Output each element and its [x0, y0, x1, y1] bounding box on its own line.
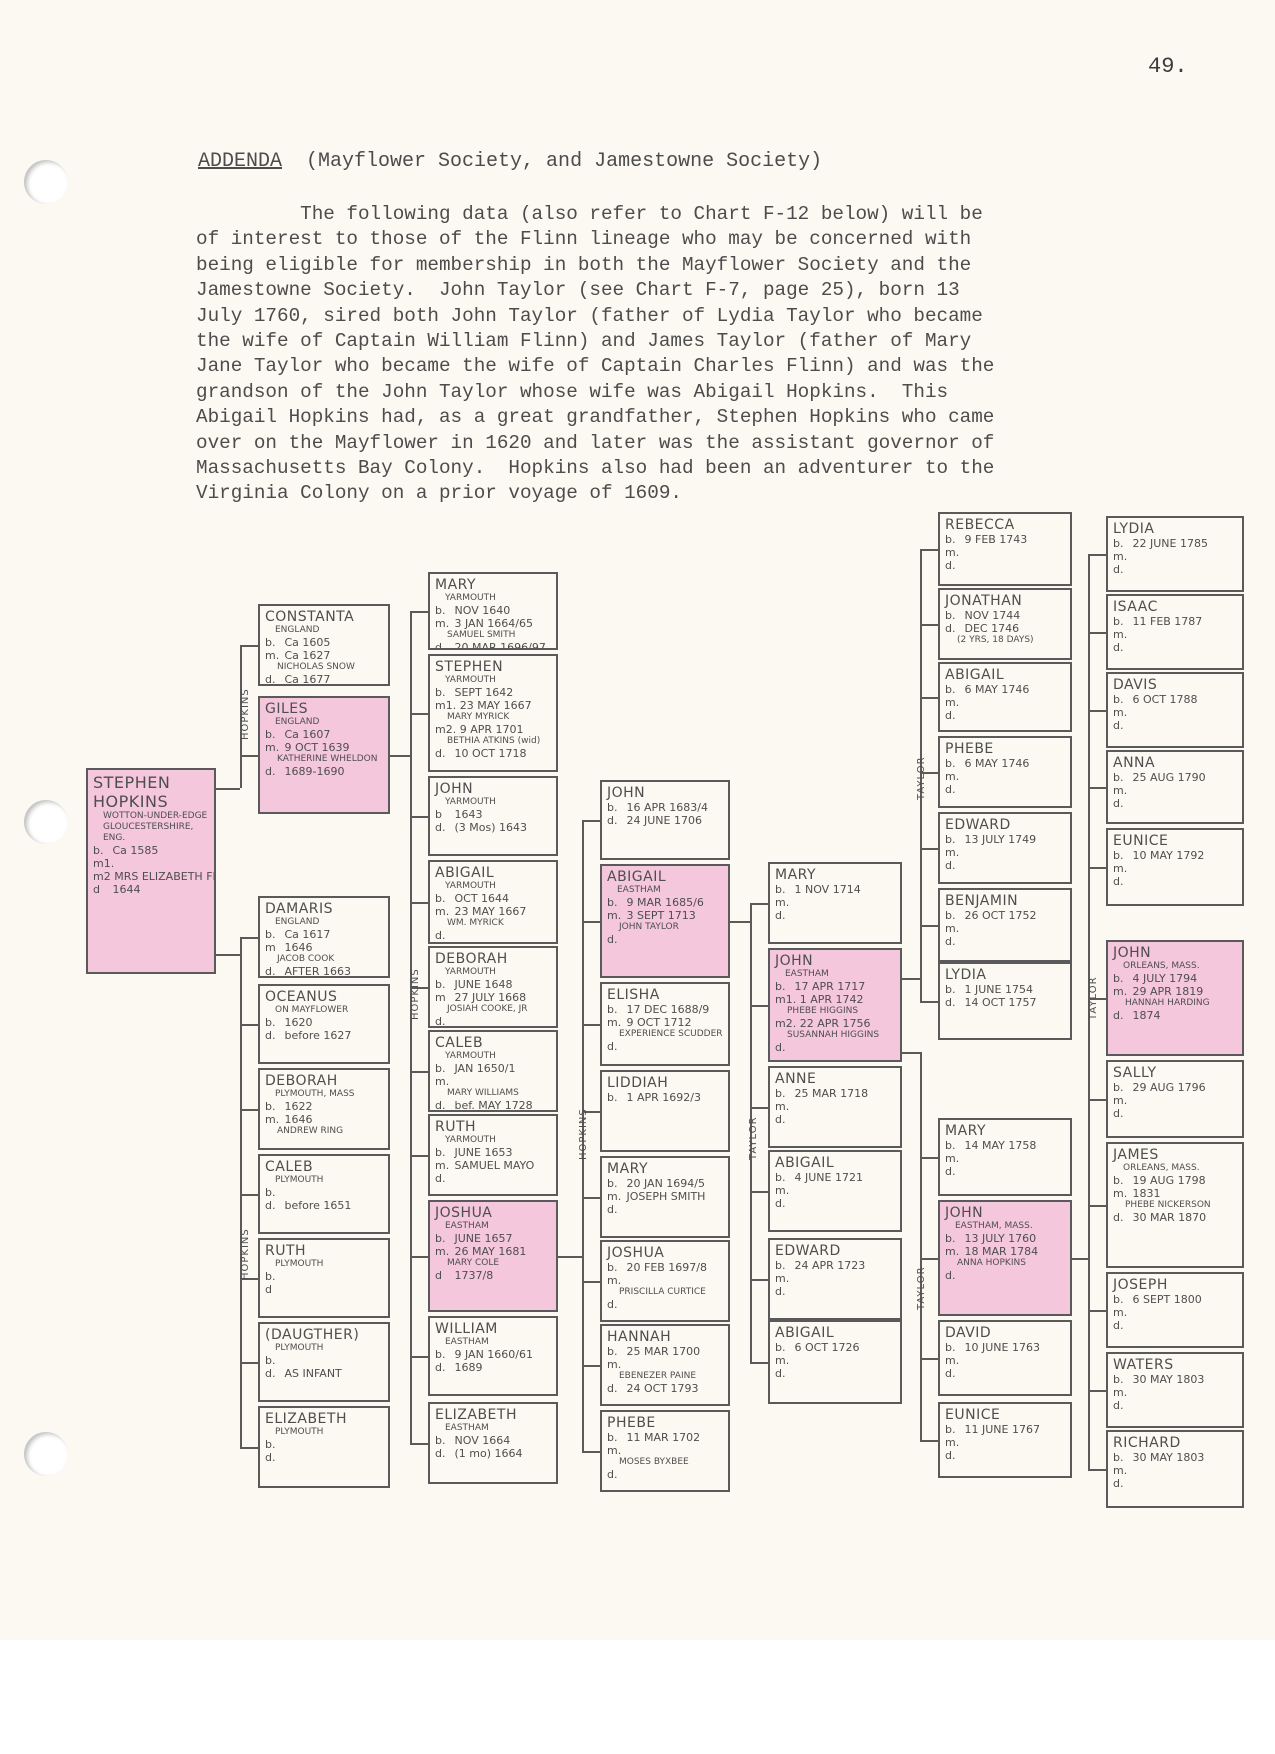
connector-line	[750, 1191, 768, 1193]
person-spouse-or-note: JACOB COOK	[277, 954, 383, 965]
event-label: d	[265, 1283, 281, 1296]
person-name: JOHN	[945, 1205, 1065, 1221]
person-event-row: b. 10 MAY 1792	[1113, 849, 1237, 862]
event-value: 16 APR 1683/4	[623, 801, 708, 814]
person-event-row: d.	[1113, 1107, 1237, 1120]
person-name: WATERS	[1113, 1357, 1237, 1373]
person-name: JAMES	[1113, 1147, 1237, 1163]
event-value: before 1627	[281, 1029, 351, 1042]
person-birthplace: EASTHAM	[617, 885, 723, 896]
person-event-row: b. Ca 1605	[265, 636, 383, 649]
event-label: m2.	[775, 1017, 796, 1030]
event-label: d.	[607, 1040, 623, 1053]
person-event-row: b. JUNE 1657	[435, 1232, 551, 1245]
event-label: m	[265, 941, 281, 954]
person-box-joshua: JOSHUAb. 20 FEB 1697/8m. PRISCILLA CURTI…	[600, 1240, 730, 1322]
event-label: b.	[435, 604, 451, 617]
event-label: b.	[945, 683, 961, 696]
surname-label: HOPKINS	[410, 968, 421, 1020]
person-name: ELISHA	[607, 987, 723, 1003]
person-event-row: d. before 1651	[265, 1199, 383, 1212]
person-spouse-or-note: HANNAH HARDING	[1125, 998, 1237, 1009]
event-value: 9 APR 1701	[456, 723, 523, 736]
person-birthplace: YARMOUTH	[445, 675, 551, 686]
person-birthplace: YARMOUTH	[445, 593, 551, 604]
event-value: 1 JUNE 1754	[961, 983, 1033, 996]
person-event-row: d. DEC 1746	[945, 622, 1065, 635]
event-value: 30 MAY 1803	[1129, 1373, 1204, 1386]
event-label: d.	[945, 783, 961, 796]
event-label: b.	[265, 1438, 281, 1451]
event-label: m.	[435, 617, 451, 630]
person-birthplace: YARMOUTH	[445, 881, 551, 892]
person-event-row: m2. 22 APR 1756	[775, 1017, 895, 1030]
event-label: b.	[607, 1177, 623, 1190]
person-event-row: d.	[1113, 1477, 1237, 1490]
person-box-caleb: CALEBPLYMOUTHb. d. before 1651	[258, 1154, 390, 1234]
person-spouse-or-note: MARY MYRICK	[447, 712, 551, 723]
connector-line	[240, 755, 258, 757]
event-label: m	[435, 991, 451, 1004]
event-label: d.	[945, 1367, 961, 1380]
person-event-row: d.	[607, 933, 723, 946]
person-event-row: d.	[945, 783, 1065, 796]
page-bottom-margin	[0, 1640, 1275, 1754]
person-event-row: d.	[775, 1285, 895, 1298]
event-label: m.	[435, 1075, 451, 1088]
person-name: (DAUGTHER)	[265, 1327, 383, 1343]
person-event-row: d.	[945, 1269, 1065, 1282]
person-event-row: b. Ca 1585	[93, 844, 209, 857]
event-label: m.	[1113, 1094, 1129, 1107]
person-event-row: m. 9 OCT 1712	[607, 1016, 723, 1029]
person-event-row: m.	[945, 846, 1065, 859]
person-birthplace: PLYMOUTH, MASS	[275, 1089, 383, 1100]
event-label: d.	[1113, 875, 1129, 888]
person-birthplace: EASTHAM, MASS.	[955, 1221, 1065, 1232]
event-label: b.	[607, 1091, 623, 1104]
event-label: b.	[945, 533, 961, 546]
person-spouse-or-note: KATHERINE WHELDON	[277, 754, 383, 765]
connector-line	[920, 624, 938, 626]
person-event-row: b. 6 OCT 1788	[1113, 693, 1237, 706]
person-box-mary: MARYYARMOUTHb. NOV 1640m. 3 JAN 1664/65S…	[428, 572, 558, 650]
connector-line	[902, 978, 920, 980]
person-event-row: b. NOV 1640	[435, 604, 551, 617]
event-label: m.	[265, 649, 281, 662]
person-box-waters: WATERSb. 30 MAY 1803m. d.	[1106, 1352, 1244, 1428]
event-value: 1737/8	[451, 1269, 493, 1282]
event-value: 9 MAR 1685/6	[623, 896, 704, 909]
event-label: d.	[1113, 1399, 1129, 1412]
event-label: b.	[435, 686, 451, 699]
person-event-row: b. 10 JUNE 1763	[945, 1341, 1065, 1354]
person-box-caleb: CALEBYARMOUTHb. JAN 1650/1m. MARY WILLIA…	[428, 1030, 558, 1112]
person-box-abigail: ABIGAILb. 4 JUNE 1721m. d.	[768, 1150, 902, 1232]
event-value: 30 MAR 1870	[1129, 1211, 1206, 1224]
event-value: 29 AUG 1796	[1129, 1081, 1206, 1094]
person-box-mary: MARYb. 14 MAY 1758m. d.	[938, 1118, 1072, 1196]
person-box-james: JAMESORLEANS, MASS.b. 19 AUG 1798m. 1831…	[1106, 1142, 1244, 1268]
event-label: b.	[1113, 1174, 1129, 1187]
event-value: 22 APR 1756	[796, 1017, 870, 1030]
person-event-row: d. 1689	[435, 1361, 551, 1374]
event-label: b.	[945, 1232, 961, 1245]
person-event-row: m. 3 JAN 1664/65	[435, 617, 551, 630]
person-event-row: b. 24 APR 1723	[775, 1259, 895, 1272]
person-box-mary: MARYb. 20 JAN 1694/5m. JOSEPH SMITHd.	[600, 1156, 730, 1238]
connector-line	[920, 1440, 938, 1442]
event-value: 6 OCT 1726	[791, 1341, 860, 1354]
event-label: m.	[945, 1152, 961, 1165]
person-event-row: m.	[945, 1436, 1065, 1449]
event-label: d.	[945, 622, 961, 635]
event-label: b.	[265, 636, 281, 649]
person-event-row: d. 24 OCT 1793	[607, 1382, 723, 1395]
event-value: 27 JULY 1668	[451, 991, 526, 1004]
event-label: d.	[607, 1468, 623, 1481]
connector-line	[1088, 1469, 1106, 1471]
connector-line	[410, 1155, 428, 1157]
person-event-row: b. 17 APR 1717	[775, 980, 895, 993]
event-value: NOV 1744	[961, 609, 1020, 622]
person-box-rebecca: REBECCAb. 9 FEB 1743m. d.	[938, 512, 1072, 586]
connector-line	[750, 1005, 768, 1007]
event-label: b.	[265, 928, 281, 941]
event-value: 25 MAR 1700	[623, 1345, 700, 1358]
person-box-richard: RICHARDb. 30 MAY 1803m. d.	[1106, 1430, 1244, 1508]
person-event-row: d. before 1627	[265, 1029, 383, 1042]
event-label: b.	[265, 1016, 281, 1029]
person-event-row: m. Ca 1627	[265, 649, 383, 662]
person-event-row: b. 4 JULY 1794	[1113, 972, 1237, 985]
person-event-row: m.	[607, 1274, 723, 1287]
person-birthplace: ORLEANS, MASS.	[1123, 961, 1237, 972]
person-box-jonathan: JONATHANb. NOV 1744d. DEC 1746(2 YRS, 18…	[938, 588, 1072, 660]
event-label: b.	[607, 896, 623, 909]
person-event-row: m.	[945, 1354, 1065, 1367]
event-value: 9 FEB 1743	[961, 533, 1027, 546]
person-spouse-or-note: (2 YRS, 18 DAYS)	[957, 635, 1065, 646]
person-name: LYDIA	[945, 967, 1065, 983]
event-label: b.	[607, 801, 623, 814]
event-value: (3 Mos) 1643	[451, 821, 527, 834]
person-event-row: d.	[775, 1041, 895, 1054]
person-event-row: m.	[945, 770, 1065, 783]
person-spouse-or-note: MOSES BYXBEE	[619, 1457, 723, 1468]
person-event-row: d.	[1113, 1319, 1237, 1332]
person-name: JOSHUA	[435, 1205, 551, 1221]
person-event-row: b. JUNE 1653	[435, 1146, 551, 1159]
event-label: m1.	[435, 699, 456, 712]
person-event-row: d.	[1113, 1399, 1237, 1412]
person-event-row: d.	[435, 1015, 551, 1028]
event-label: d.	[265, 1029, 281, 1042]
event-value: Ca 1617	[281, 928, 330, 941]
person-event-row: m.	[1113, 628, 1237, 641]
event-label: d.	[775, 1113, 791, 1126]
event-label: m.	[1113, 1306, 1129, 1319]
event-value: 4 JUNE 1721	[791, 1171, 863, 1184]
person-name: EUNICE	[1113, 833, 1237, 849]
person-name: JOSHUA	[607, 1245, 723, 1261]
event-value: 26 OCT 1752	[961, 909, 1037, 922]
event-label: b.	[435, 892, 451, 905]
event-value: AS INFANT	[281, 1367, 342, 1380]
event-label: m.	[1113, 862, 1129, 875]
surname-label: HOPKINS	[240, 688, 251, 740]
person-box-elisha: ELISHAb. 17 DEC 1688/9m. 9 OCT 1712EXPER…	[600, 982, 730, 1066]
connector-line	[216, 788, 240, 790]
person-event-row: m.	[607, 1444, 723, 1457]
person-name: JOHN	[775, 953, 895, 969]
event-label: m1.	[93, 857, 114, 870]
person-event-row: b. 20 JAN 1694/5	[607, 1177, 723, 1190]
person-name: ABIGAIL	[775, 1155, 895, 1171]
connector-line	[1088, 554, 1106, 556]
person-event-row: b. 16 APR 1683/4	[607, 801, 723, 814]
person-box-phebe: PHEBEb. 11 MAR 1702m. MOSES BYXBEEd.	[600, 1410, 730, 1492]
person-birthplace: WOTTON-UNDER-EDGE GLOUCESTERSHIRE, ENG.	[103, 811, 209, 844]
event-value: 23 MAY 1667	[451, 905, 526, 918]
person-name: STEPHEN HOPKINS	[93, 773, 209, 811]
person-event-row: m.	[1113, 706, 1237, 719]
person-event-row: d. bef. MAY 1728	[435, 1099, 551, 1112]
event-label: d.	[607, 1382, 623, 1395]
person-event-row: d.	[945, 709, 1065, 722]
person-birthplace: YARMOUTH	[445, 1051, 551, 1062]
person-spouse-or-note: SUSANNAH HIGGINS	[787, 1030, 895, 1041]
person-name: ISAAC	[1113, 599, 1237, 615]
event-value: 4 JULY 1794	[1129, 972, 1197, 985]
event-value: 10 OCT 1718	[451, 747, 527, 760]
event-label: m.	[775, 1100, 791, 1113]
event-label: d.	[265, 673, 281, 686]
connector-line	[240, 1447, 258, 1449]
person-name: JOHN	[1113, 945, 1237, 961]
connector-line	[920, 848, 938, 850]
person-event-row: d. AS INFANT	[265, 1367, 383, 1380]
event-label: b.	[265, 1186, 281, 1199]
event-label: d.	[435, 1447, 451, 1460]
person-event-row: b. 11 MAR 1702	[607, 1431, 723, 1444]
connector-line	[240, 755, 242, 788]
event-label: d.	[435, 641, 451, 650]
person-event-row: b. 13 JULY 1760	[945, 1232, 1065, 1245]
person-birthplace: EASTHAM	[445, 1221, 551, 1232]
person-birthplace: ON MAYFLOWER	[275, 1005, 383, 1016]
event-value: AFTER 1663	[281, 965, 351, 978]
event-value: 1622	[281, 1100, 313, 1113]
connector-line	[410, 611, 428, 613]
person-event-row: m.	[1113, 550, 1237, 563]
event-value: JOSEPH SMITH	[623, 1190, 705, 1203]
event-value: 6 MAY 1746	[961, 683, 1029, 696]
event-label: m2.	[435, 723, 456, 736]
person-box-john: JOHNYARMOUTHb 1643d. (3 Mos) 1643	[428, 776, 558, 856]
person-event-row: d. 1689-1690	[265, 765, 383, 778]
event-label: b.	[1113, 1293, 1129, 1306]
person-name: JONATHAN	[945, 593, 1065, 609]
event-label: d.	[945, 1165, 961, 1178]
person-event-row: b. 20 FEB 1697/8	[607, 1261, 723, 1274]
event-value: JAN 1650/1	[451, 1062, 516, 1075]
person-name: LIDDIAH	[607, 1075, 723, 1091]
person-event-row: b. NOV 1744	[945, 609, 1065, 622]
event-label: d.	[1113, 1211, 1129, 1224]
person-name: EUNICE	[945, 1407, 1065, 1423]
person-event-row: b. 30 MAY 1803	[1113, 1373, 1237, 1386]
event-value: MRS ELIZABETH FISHER	[111, 870, 216, 883]
person-event-row: d.	[775, 909, 895, 922]
connector-line	[240, 645, 258, 647]
event-label: b.	[435, 1062, 451, 1075]
event-value: 9 OCT 1639	[281, 741, 350, 754]
person-name: SALLY	[1113, 1065, 1237, 1081]
event-value: SEPT 1642	[451, 686, 513, 699]
event-label: d.	[775, 1197, 791, 1210]
person-birthplace: ORLEANS, MASS.	[1123, 1163, 1237, 1174]
event-label: d.	[1113, 1107, 1129, 1120]
person-event-row: d.	[607, 1040, 723, 1053]
connector-line	[582, 1451, 600, 1453]
event-label: b.	[607, 1261, 623, 1274]
event-label: b.	[265, 1354, 281, 1367]
connector-line	[1088, 867, 1106, 869]
event-label: d	[93, 883, 109, 896]
person-event-row: b 1643	[435, 808, 551, 821]
event-value: 13 JULY 1760	[961, 1232, 1036, 1245]
person-box-mary: MARYb. 1 NOV 1714m. d.	[768, 862, 902, 944]
event-label: b.	[945, 757, 961, 770]
person-box-phebe: PHEBEb. 6 MAY 1746m. d.	[938, 736, 1072, 808]
event-label: d.	[1113, 797, 1129, 810]
person-event-row: m.	[775, 1272, 895, 1285]
person-name: ELIZABETH	[435, 1407, 551, 1423]
event-label: m.	[945, 922, 961, 935]
surname-label: TAYLOR	[916, 756, 927, 800]
person-event-row: b. 29 AUG 1796	[1113, 1081, 1237, 1094]
person-event-row: m.	[775, 896, 895, 909]
person-event-row: b. Ca 1607	[265, 728, 383, 741]
event-label: d.	[1113, 1319, 1129, 1332]
person-event-row: d.	[1113, 719, 1237, 732]
person-event-row: m.	[1113, 862, 1237, 875]
person-event-row: d.	[435, 929, 551, 942]
event-label: b.	[1113, 1451, 1129, 1464]
person-name: ANNE	[775, 1071, 895, 1087]
person-event-row: b. 6 SEPT 1800	[1113, 1293, 1237, 1306]
event-label: m1.	[775, 993, 796, 1006]
event-label: b.	[435, 978, 451, 991]
person-event-row: m. 26 MAY 1681	[435, 1245, 551, 1258]
person-event-row: b. Ca 1617	[265, 928, 383, 941]
person-event-row: d. 20 MAR 1696/97	[435, 641, 551, 650]
person-name: ABIGAIL	[607, 869, 723, 885]
event-label: b.	[1113, 771, 1129, 784]
person-event-row: b. 11 FEB 1787	[1113, 615, 1237, 628]
person-event-row: b. 11 JUNE 1767	[945, 1423, 1065, 1436]
event-label: m.	[607, 1274, 623, 1287]
person-event-row: d 1737/8	[435, 1269, 551, 1282]
event-value: 10 JUNE 1763	[961, 1341, 1040, 1354]
person-event-row: d.	[945, 859, 1065, 872]
event-label: d.	[945, 709, 961, 722]
person-name: LYDIA	[1113, 521, 1237, 537]
person-box-ruth: RUTHYARMOUTHb. JUNE 1653m. SAMUEL MAYOd.	[428, 1114, 558, 1196]
event-label: b.	[435, 1434, 451, 1447]
person-spouse-or-note: PHEBE NICKERSON	[1125, 1200, 1237, 1211]
connector-line	[410, 816, 428, 818]
event-value: 1646	[281, 1113, 313, 1126]
person-box-abigail: ABIGAILb. 6 MAY 1746m. d.	[938, 662, 1072, 732]
event-label: m.	[435, 1159, 451, 1172]
event-label: m.	[607, 1444, 623, 1457]
event-value: 24 APR 1723	[791, 1259, 865, 1272]
event-label: m.	[1113, 1386, 1129, 1399]
event-label: b.	[1113, 537, 1129, 550]
person-event-row: m. 18 MAR 1784	[945, 1245, 1065, 1258]
event-label: b.	[775, 980, 791, 993]
person-box-joshua: JOSHUAEASTHAMb. JUNE 1657m. 26 MAY 1681M…	[428, 1200, 558, 1312]
event-value: before 1651	[281, 1199, 351, 1212]
event-value: bef. MAY 1728	[451, 1099, 533, 1112]
event-label: d.	[265, 1199, 281, 1212]
person-name: EDWARD	[945, 817, 1065, 833]
event-label: d.	[265, 965, 281, 978]
person-event-row: d. (1 mo) 1664	[435, 1447, 551, 1460]
person-name: DAVIS	[1113, 677, 1237, 693]
event-label: m.	[945, 1436, 961, 1449]
person-event-row: d. 14 OCT 1757	[945, 996, 1065, 1009]
person-event-row: b. 9 MAR 1685/6	[607, 896, 723, 909]
person-box-isaac: ISAACb. 11 FEB 1787m. d.	[1106, 594, 1244, 670]
event-label: d.	[775, 909, 791, 922]
event-label: d.	[775, 1367, 791, 1380]
person-birthplace: EASTHAM	[785, 969, 895, 980]
event-label: b.	[607, 1345, 623, 1358]
connector-line	[750, 1362, 768, 1364]
event-value: 26 MAY 1681	[451, 1245, 526, 1258]
event-value: 24 JUNE 1706	[623, 814, 702, 827]
person-box-stephen-hopkins: STEPHEN HOPKINSWOTTON-UNDER-EDGE GLOUCES…	[86, 768, 216, 974]
person-spouse-or-note: ANNA HOPKINS	[957, 1258, 1065, 1269]
event-label: d.	[435, 821, 451, 834]
person-event-row: m.	[775, 1354, 895, 1367]
event-value: 20 MAR 1696/97	[451, 641, 546, 650]
person-event-row: d.	[1113, 563, 1237, 576]
connector-line	[410, 1356, 428, 1358]
person-event-row: b. JUNE 1648	[435, 978, 551, 991]
event-value: 22 JUNE 1785	[1129, 537, 1208, 550]
event-label: m.	[945, 1245, 961, 1258]
event-value: Ca 1607	[281, 728, 330, 741]
person-event-row: b. NOV 1664	[435, 1434, 551, 1447]
connector-line	[1088, 1099, 1106, 1101]
person-birthplace: PLYMOUTH	[275, 1343, 383, 1354]
person-event-row: m.	[1113, 784, 1237, 797]
event-label: m.	[775, 1354, 791, 1367]
connector-line	[1088, 632, 1106, 634]
event-value: 1644	[109, 883, 141, 896]
event-label: b.	[1113, 972, 1129, 985]
connector-line	[920, 549, 938, 551]
connector-line	[582, 921, 600, 923]
event-label: b.	[607, 1003, 623, 1016]
event-value: 1831	[1129, 1187, 1161, 1200]
event-label: m.	[1113, 985, 1129, 998]
person-event-row: d. 24 JUNE 1706	[607, 814, 723, 827]
